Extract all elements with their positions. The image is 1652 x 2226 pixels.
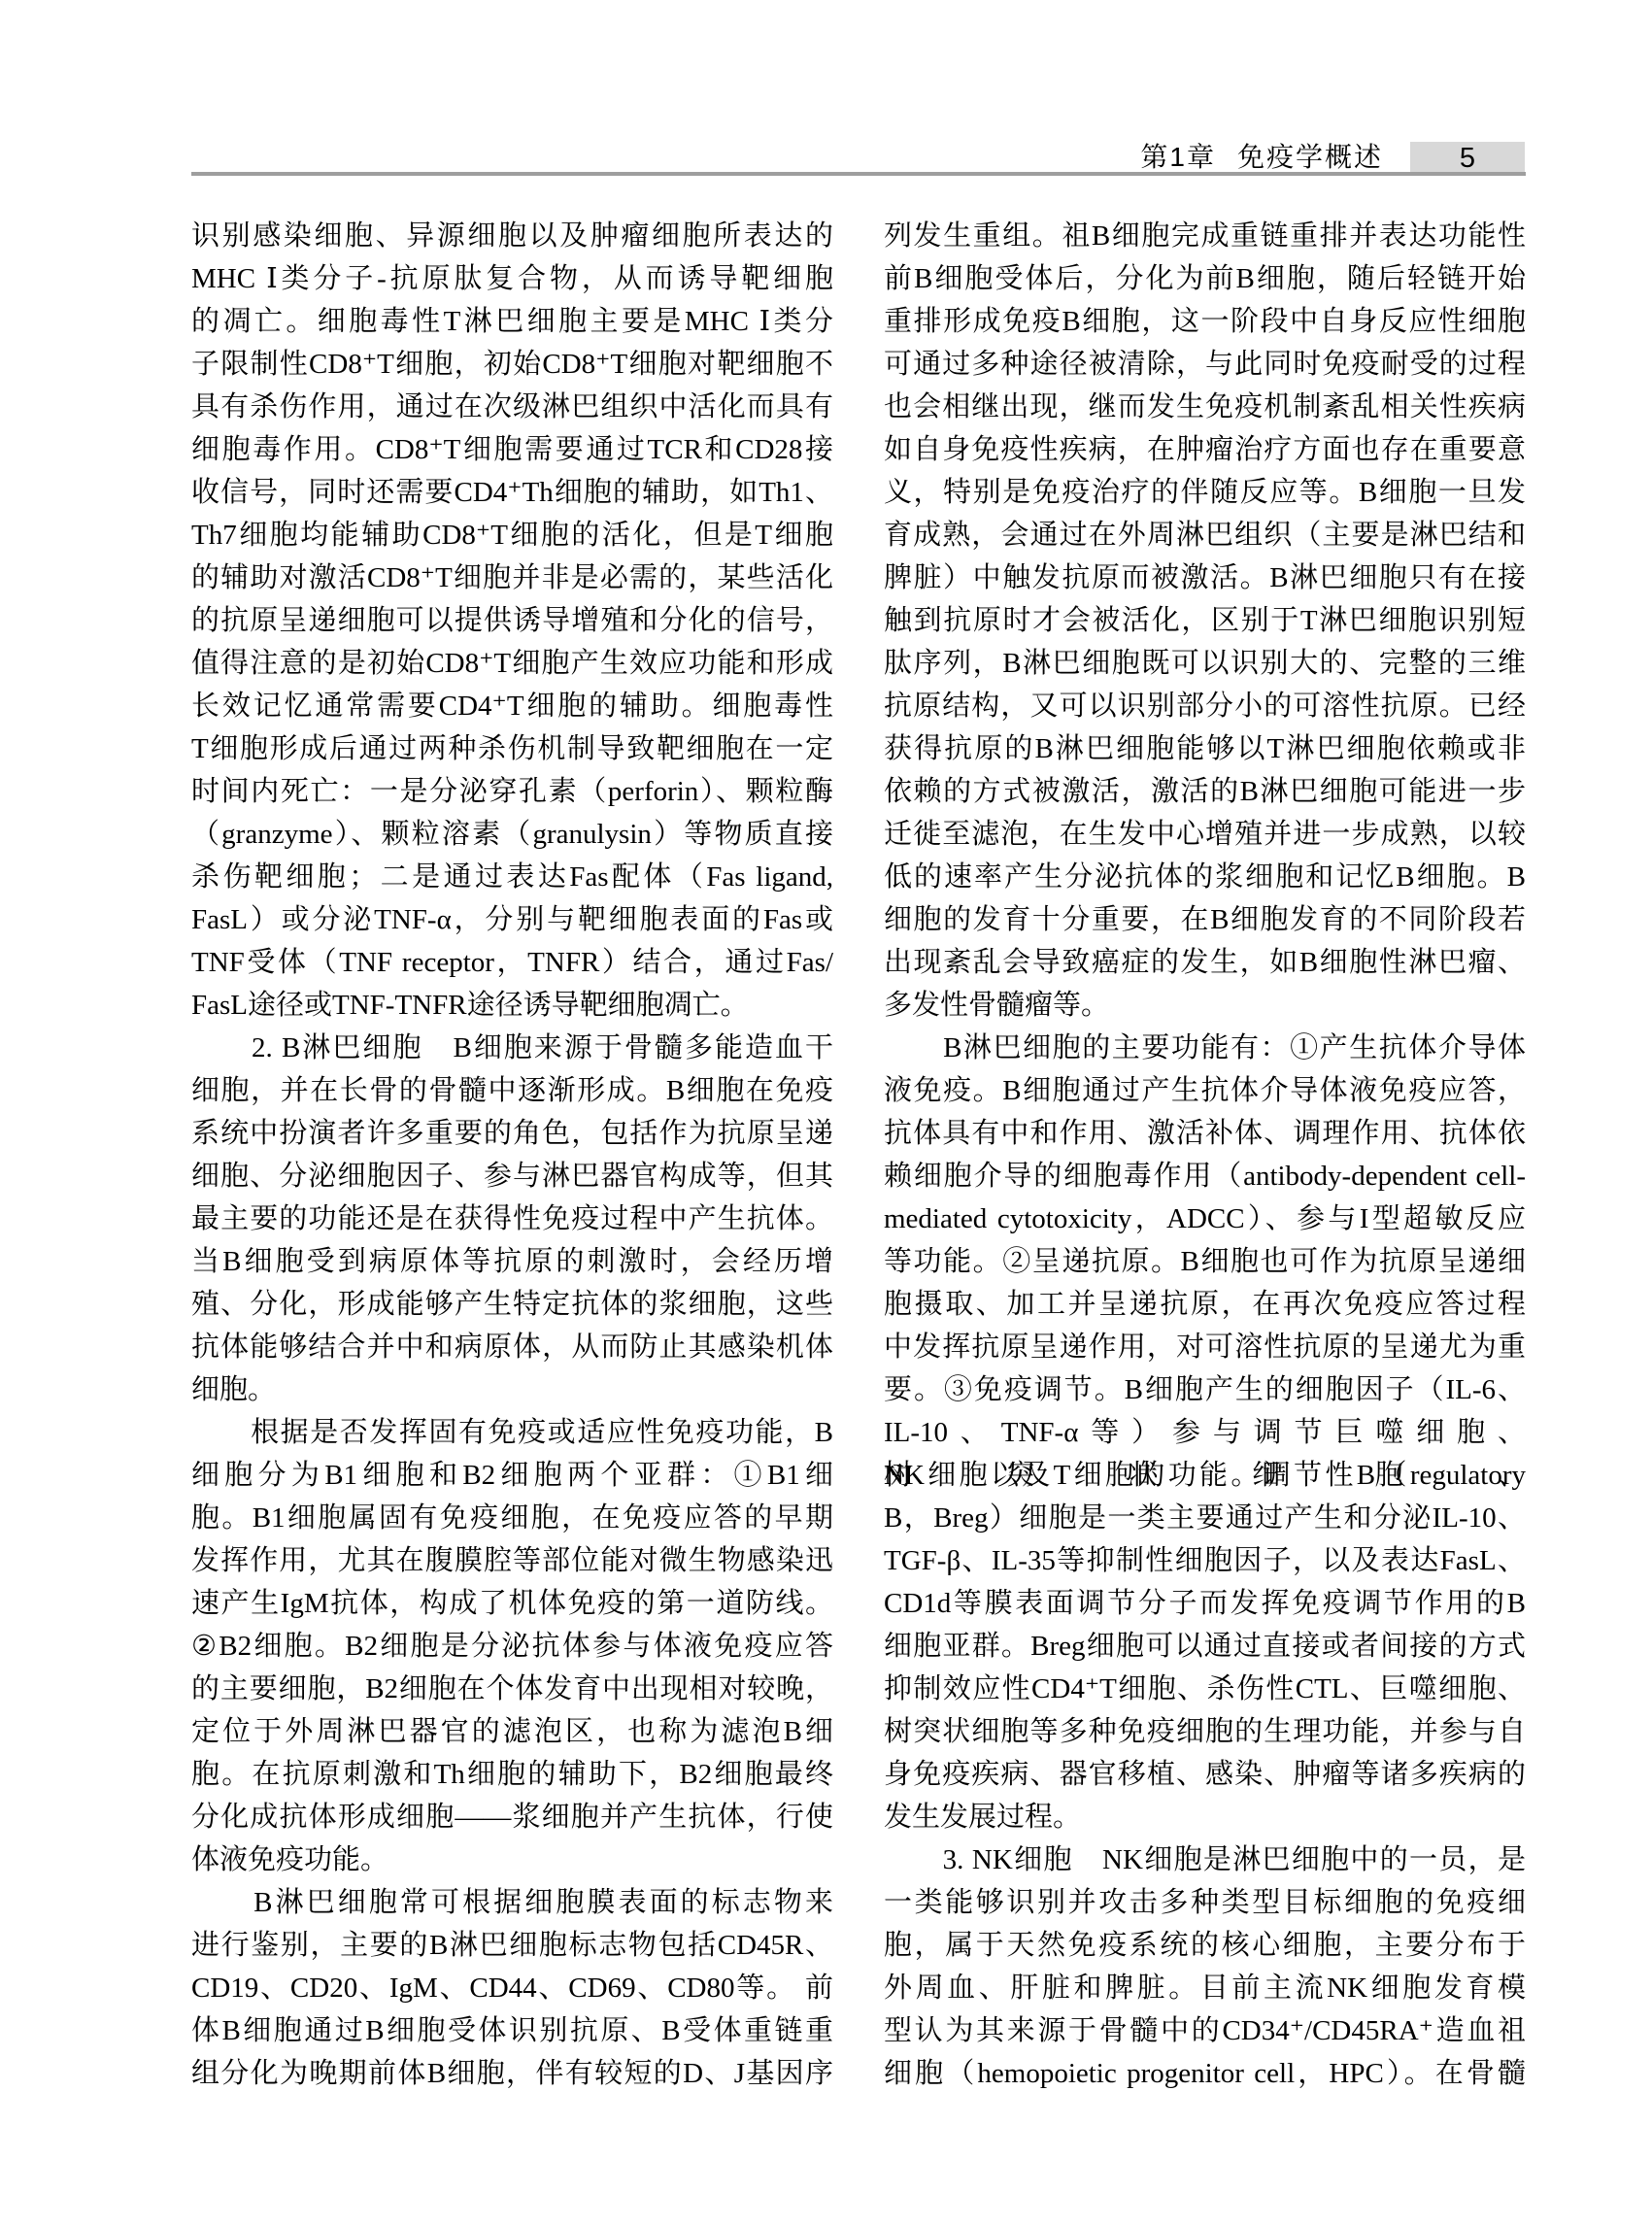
text-line: 3. NK细胞 NK细胞是淋巴细胞中的一员，是	[884, 1838, 1526, 1881]
text-line: 育成熟，会通过在外周淋巴组织（主要是淋巴结和	[884, 514, 1526, 556]
text-line: 长效记忆通常需要CD4⁺T细胞的辅助。细胞毒性	[191, 685, 833, 727]
text-line: 发挥作用，尤其在腹膜腔等部位能对微生物感染迅	[191, 1539, 833, 1582]
text-line: 细胞（hemopoietic progenitor cell，HPC）。在骨髓	[884, 2052, 1526, 2095]
text-line: ②B2细胞。B2细胞是分泌抗体参与体液免疫应答	[191, 1625, 833, 1668]
text-line: 多发性骨髓瘤等。	[884, 984, 1526, 1027]
text-line: 列发生重组。祖B细胞完成重链重排并表达功能性	[884, 215, 1526, 257]
text-line: 细胞亚群。Breg细胞可以通过直接或者间接的方式	[884, 1625, 1526, 1668]
chapter-title: 免疫学概述	[1237, 136, 1383, 175]
text-line: 可通过多种途径被清除，与此同时免疫耐受的过程	[884, 343, 1526, 386]
text-line: CD1d等膜表面调节分子而发挥免疫调节作用的B	[884, 1582, 1526, 1625]
text-line: 等功能。②呈递抗原。B细胞也可作为抗原呈递细	[884, 1240, 1526, 1283]
text-line: 也会相继出现，继而发生免疫机制紊乱相关性疾病	[884, 386, 1526, 428]
text-line: 脾脏）中触发抗原而被激活。B淋巴细胞只有在接	[884, 556, 1526, 599]
page-number-badge: 5	[1410, 142, 1525, 175]
text-line: B淋巴细胞的主要功能有：①产生抗体介导体	[884, 1027, 1526, 1069]
text-line: TNF受体（TNF receptor，TNFR）结合，通过Fas/	[191, 941, 833, 984]
text-line: 重排形成免疫B细胞，这一阶段中自身反应性细胞	[884, 300, 1526, 343]
book-page: 第1章 免疫学概述 5 识别感染细胞、异源细胞以及肿瘤细胞所表达的MHC Ⅰ类分…	[0, 0, 1652, 2226]
text-line: mediated cytotoxicity，ADCC）、参与I型超敏反应	[884, 1197, 1526, 1240]
text-line: 抗体具有中和作用、激活补体、调理作用、抗体依	[884, 1112, 1526, 1155]
text-line: 前B细胞受体后，分化为前B细胞，随后轻链开始	[884, 257, 1526, 300]
page-header: 第1章 免疫学概述 5	[1140, 136, 1525, 175]
text-line: 杀伤靶细胞；二是通过表达Fas配体（Fas ligand,	[191, 856, 833, 898]
text-line: 抗体能够结合并中和病原体，从而防止其感染机体	[191, 1326, 833, 1368]
text-line: 细胞，并在长骨的骨髓中逐渐形成。B细胞在免疫	[191, 1069, 833, 1112]
text-line: 细胞分为B1细胞和B2细胞两个亚群：①B1细	[191, 1454, 833, 1497]
text-line: 分化成抗体形成细胞——浆细胞并产生抗体，行使	[191, 1796, 833, 1838]
text-line: 具有杀伤作用，通过在次级淋巴组织中活化而具有	[191, 386, 833, 428]
text-line: 的主要细胞，B2细胞在个体发育中出现相对较晚，	[191, 1668, 833, 1710]
header-rule	[191, 172, 1526, 176]
text-line: 赖细胞介导的细胞毒作用（antibody-dependent cell-	[884, 1155, 1526, 1197]
text-line: 身免疫疾病、器官移植、感染、肿瘤等诸多疾病的	[884, 1753, 1526, 1796]
text-line: 外周血、肝脏和脾脏。目前主流NK细胞发育模	[884, 1967, 1526, 2009]
text-line: IL-10、TNF-α等）参与调节巨噬细胞、树突状细胞、	[884, 1411, 1526, 1454]
chapter-label: 第1章	[1140, 136, 1216, 175]
text-line: 依赖的方式被激活，激活的B淋巴细胞可能进一步	[884, 770, 1526, 813]
text-line: 细胞。	[191, 1368, 833, 1411]
text-line: 细胞的发育十分重要，在B细胞发育的不同阶段若	[884, 898, 1526, 941]
text-line: 胞摄取、加工并呈递抗原，在再次免疫应答过程	[884, 1283, 1526, 1326]
text-line: 发生发展过程。	[884, 1796, 1526, 1838]
text-line: FasL）或分泌TNF-α，分别与靶细胞表面的Fas或	[191, 898, 833, 941]
text-line: 胞。在抗原刺激和Th细胞的辅助下，B2细胞最终	[191, 1753, 833, 1796]
text-line: 获得抗原的B淋巴细胞能够以T淋巴细胞依赖或非	[884, 727, 1526, 770]
text-line: 的辅助对激活CD8⁺T细胞并非是必需的，某些活化	[191, 556, 833, 599]
text-line: 要。③免疫调节。B细胞产生的细胞因子（IL-6、	[884, 1368, 1526, 1411]
text-line: 体B细胞通过B细胞受体识别抗原、B受体重链重	[191, 2009, 833, 2052]
text-line: 胞。B1细胞属固有免疫细胞，在免疫应答的早期	[191, 1497, 833, 1539]
text-line: 子限制性CD8⁺T细胞，初始CD8⁺T细胞对靶细胞不	[191, 343, 833, 386]
text-line: 中发挥抗原呈递作用，对可溶性抗原的呈递尤为重	[884, 1326, 1526, 1368]
text-line: 收信号，同时还需要CD4⁺Th细胞的辅助，如Th1、	[191, 471, 833, 514]
text-line: 细胞、分泌细胞因子、参与淋巴器官构成等，但其	[191, 1155, 833, 1197]
content-columns: 识别感染细胞、异源细胞以及肿瘤细胞所表达的MHC Ⅰ类分子-抗原肽复合物，从而诱…	[191, 215, 1526, 2095]
left-text-column: 识别感染细胞、异源细胞以及肿瘤细胞所表达的MHC Ⅰ类分子-抗原肽复合物，从而诱…	[191, 215, 833, 2095]
text-line: 最主要的功能还是在获得性免疫过程中产生抗体。	[191, 1197, 833, 1240]
text-line: （granzyme）、颗粒溶素（granulysin）等物质直接	[191, 813, 833, 856]
text-line: 值得注意的是初始CD8⁺T细胞产生效应功能和形成	[191, 642, 833, 685]
text-line: 2. B淋巴细胞 B细胞来源于骨髓多能造血干	[191, 1027, 833, 1069]
text-line: 胞，属于天然免疫系统的核心细胞，主要分布于	[884, 1924, 1526, 1967]
right-text-column: 列发生重组。祖B细胞完成重链重排并表达功能性前B细胞受体后，分化为前B细胞，随后…	[884, 215, 1526, 2095]
text-line: B淋巴细胞常可根据细胞膜表面的标志物来	[191, 1881, 833, 1924]
text-line: 体液免疫功能。	[191, 1838, 833, 1881]
text-line: MHC Ⅰ类分子-抗原肽复合物，从而诱导靶细胞	[191, 257, 833, 300]
text-line: NK细胞以及T细胞的功能。调节性B（regulatory	[884, 1454, 1526, 1497]
text-line: 抑制效应性CD4⁺T细胞、杀伤性CTL、巨噬细胞、	[884, 1668, 1526, 1710]
text-line: 型认为其来源于骨髓中的CD34⁺/CD45RA⁺造血祖	[884, 2009, 1526, 2052]
text-line: 系统中扮演者许多重要的角色，包括作为抗原呈递	[191, 1112, 833, 1155]
text-line: 触到抗原时才会被活化，区别于T淋巴细胞识别短	[884, 599, 1526, 642]
text-line: 的抗原呈递细胞可以提供诱导增殖和分化的信号，	[191, 599, 833, 642]
text-line: 如自身免疫性疾病，在肿瘤治疗方面也存在重要意	[884, 428, 1526, 471]
text-line: 低的速率产生分泌抗体的浆细胞和记忆B细胞。B	[884, 856, 1526, 898]
text-line: 树突状细胞等多种免疫细胞的生理功能，并参与自	[884, 1710, 1526, 1753]
text-line: CD19、CD20、IgM、CD44、CD69、CD80等。 前	[191, 1967, 833, 2009]
text-line: 定位于外周淋巴器官的滤泡区，也称为滤泡B细	[191, 1710, 833, 1753]
text-line: Th7细胞均能辅助CD8⁺T细胞的活化，但是T细胞	[191, 514, 833, 556]
text-line: T细胞形成后通过两种杀伤机制导致靶细胞在一定	[191, 727, 833, 770]
text-line: 义，特别是免疫治疗的伴随反应等。B细胞一旦发	[884, 471, 1526, 514]
text-line: 一类能够识别并攻击多种类型目标细胞的免疫细	[884, 1881, 1526, 1924]
text-line: 液免疫。B细胞通过产生抗体介导体液免疫应答，	[884, 1069, 1526, 1112]
text-line: FasL途径或TNF-TNFR途径诱导靶细胞凋亡。	[191, 984, 833, 1027]
text-line: 殖、分化，形成能够产生特定抗体的浆细胞，这些	[191, 1283, 833, 1326]
text-line: 抗原结构，又可以识别部分小的可溶性抗原。已经	[884, 685, 1526, 727]
text-line: 根据是否发挥固有免疫或适应性免疫功能，B	[191, 1411, 833, 1454]
text-line: B，Breg）细胞是一类主要通过产生和分泌IL-10、	[884, 1497, 1526, 1539]
text-line: 进行鉴别，主要的B淋巴细胞标志物包括CD45R、	[191, 1924, 833, 1967]
text-line: 出现紊乱会导致癌症的发生，如B细胞性淋巴瘤、	[884, 941, 1526, 984]
text-line: TGF-β、IL-35等抑制性细胞因子，以及表达FasL、	[884, 1539, 1526, 1582]
text-line: 肽序列，B淋巴细胞既可以识别大的、完整的三维	[884, 642, 1526, 685]
text-line: 的凋亡。细胞毒性T淋巴细胞主要是MHC Ⅰ类分	[191, 300, 833, 343]
text-line: 迁徙至滤泡，在生发中心增殖并进一步成熟，以较	[884, 813, 1526, 856]
text-line: 速产生IgM抗体，构成了机体免疫的第一道防线。	[191, 1582, 833, 1625]
text-line: 组分化为晚期前体B细胞，伴有较短的D、J基因序	[191, 2052, 833, 2095]
text-line: 细胞毒作用。CD8⁺T细胞需要通过TCR和CD28接	[191, 428, 833, 471]
text-line: 识别感染细胞、异源细胞以及肿瘤细胞所表达的	[191, 215, 833, 257]
text-line: 当B细胞受到病原体等抗原的刺激时，会经历增	[191, 1240, 833, 1283]
text-line: 时间内死亡：一是分泌穿孔素（perforin）、颗粒酶	[191, 770, 833, 813]
